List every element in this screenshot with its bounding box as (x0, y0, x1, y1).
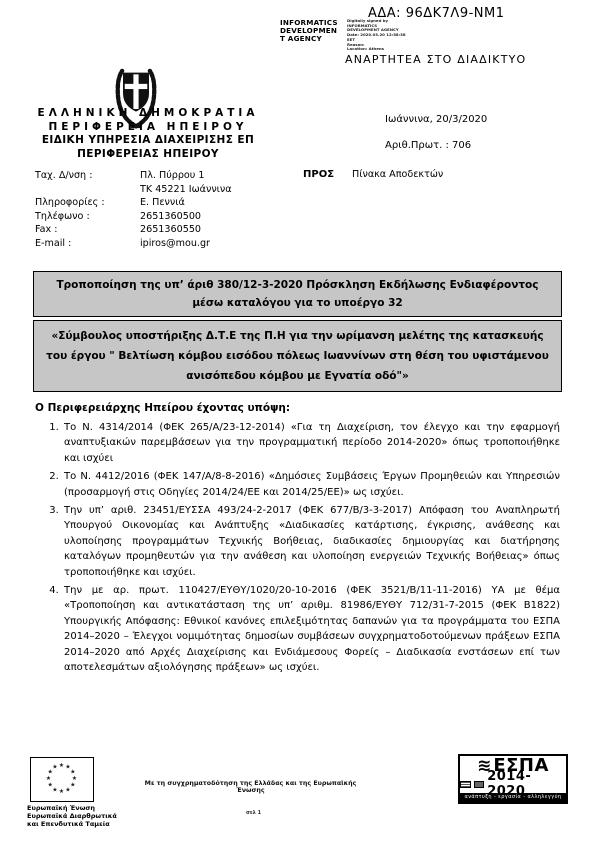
list-item: Το Ν. 4314/2014 (ΦΕΚ 265/Α/23-12-2014) «… (62, 420, 560, 466)
government-header: ΕΛΛΗΝΙΚΗ ΔΗΜΟΚΡΑΤΙΑ ΠΕΡΙΦΕΡΕΙΑ ΗΠΕΙΡΟΥ Ε… (33, 106, 263, 161)
svg-text:★: ★ (52, 764, 57, 771)
protocol-number: Αριθ.Πρωτ. : 706 (385, 140, 471, 151)
subject-box-project-title: «Σύμβουλος υποστήριξης Δ.Τ.Ε της Π.Η για… (33, 320, 562, 392)
contact-value: Πλ. Πύρρου 1 (140, 169, 232, 183)
list-item: Την με αρ. πρωτ. 110427/ΕΥΘΥ/1020/20-10-… (62, 583, 560, 675)
page-number: σελ 1 (246, 810, 261, 816)
anartitea-label: ΑΝΑΡΤΗΤΕΑ ΣΤΟ ΔΙΑΔΙΚΤΥΟ (345, 53, 526, 66)
contact-info-block: Ταχ. Δ/νση : Πλ. Πύρρου 1 ΤΚ 45221 Ιωάνν… (35, 169, 232, 250)
eu-flag-caption: Ευρωπαϊκή Ένωση Ευρωπαϊκά Διαρθρωτικά κα… (27, 805, 117, 828)
svg-text:★: ★ (46, 775, 51, 782)
greek-flag-icon (460, 781, 471, 788)
document-page: ΑΔΑ: 96ΔΚ7Λ9-ΝΜ1 INFORMATICS DEVELOPMEN … (0, 0, 595, 842)
svg-text:★: ★ (52, 786, 57, 793)
espa-logo: ≋ ΕΣΠΑ 2014-2020 ανάπτυξη - εργασία - αλ… (458, 754, 568, 804)
header-line: ΠΕΡΙΦΕΡΕΙΑΣ ΗΠΕΙΡΟΥ (33, 148, 263, 162)
contact-label: Ταχ. Δ/νση : (35, 169, 140, 183)
contact-label: Πληροφορίες : (35, 196, 140, 210)
contact-value: 2651360500 (140, 210, 232, 224)
svg-text:★: ★ (70, 782, 75, 789)
svg-text:★: ★ (65, 786, 70, 793)
svg-text:★: ★ (48, 782, 53, 789)
svg-text:★: ★ (59, 788, 64, 795)
header-line: ΕΛΛΗΝΙΚΗ ΔΗΜΟΚΡΑΤΙΑ (33, 106, 263, 120)
cofinancing-note: Με τη συγχρηματοδότηση της Ελλάδας και τ… (133, 780, 368, 794)
intro-heading: Ο Περιφερειάρχης Ηπείρου έχοντας υπόψη: (35, 402, 290, 414)
contact-label: Fax : (35, 223, 140, 237)
legal-references-list: Το Ν. 4314/2014 (ΦΕΚ 265/Α/23-12-2014) «… (38, 420, 560, 679)
contact-value: ΤΚ 45221 Ιωάννινα (140, 183, 232, 197)
place-and-date: Ιωάννινα, 20/3/2020 (385, 114, 487, 125)
contact-value: 2651360550 (140, 223, 232, 237)
espa-tagline: ανάπτυξη - εργασία - αλληλεγγύη (460, 793, 566, 802)
signature-details: Digitally signed by INFORMATICS DEVELOPM… (347, 19, 427, 52)
contact-value: ipiros@mou.gr (140, 237, 232, 251)
header-line: ΠΕΡΙΦΕΡΕΙΑ ΗΠΕΙΡΟΥ (33, 120, 263, 134)
signature-agency-name: INFORMATICS DEVELOPMEN T AGENCY (280, 19, 342, 44)
svg-text:★: ★ (59, 762, 64, 769)
header-line: ΕΙΔΙΚΗ ΥΠΗΡΕΣΙΑ ΔΙΑΧΕΙΡΙΣΗΣ ΕΠ (33, 134, 263, 148)
subject-box-amendment: Τροποποίηση της υπ’ άριθ 380/12-3-2020 Π… (33, 271, 562, 317)
eu-flag-icon: ★ ★ ★ ★ ★ ★ ★ ★ ★ ★ ★ ★ (30, 757, 94, 802)
contact-label (35, 183, 140, 197)
digital-signature-stamp: INFORMATICS DEVELOPMEN T AGENCY Digitall… (280, 19, 427, 52)
contact-label: E-mail : (35, 237, 140, 251)
list-item: Την υπ’ αριθ. 23451/ΕΥΣΣΑ 493/24-2-2017 … (62, 503, 560, 580)
recipient-value: Πίνακα Αποδεκτών (352, 169, 443, 180)
list-item: Το Ν. 4412/2016 (ΦΕΚ 147/Α/8-8-2016) «Δη… (62, 469, 560, 500)
eu-flag-small-icon (474, 781, 485, 788)
recipient-label: ΠΡΟΣ (303, 169, 334, 180)
contact-value: Ε. Πεννιά (140, 196, 232, 210)
contact-label: Τηλέφωνο : (35, 210, 140, 224)
